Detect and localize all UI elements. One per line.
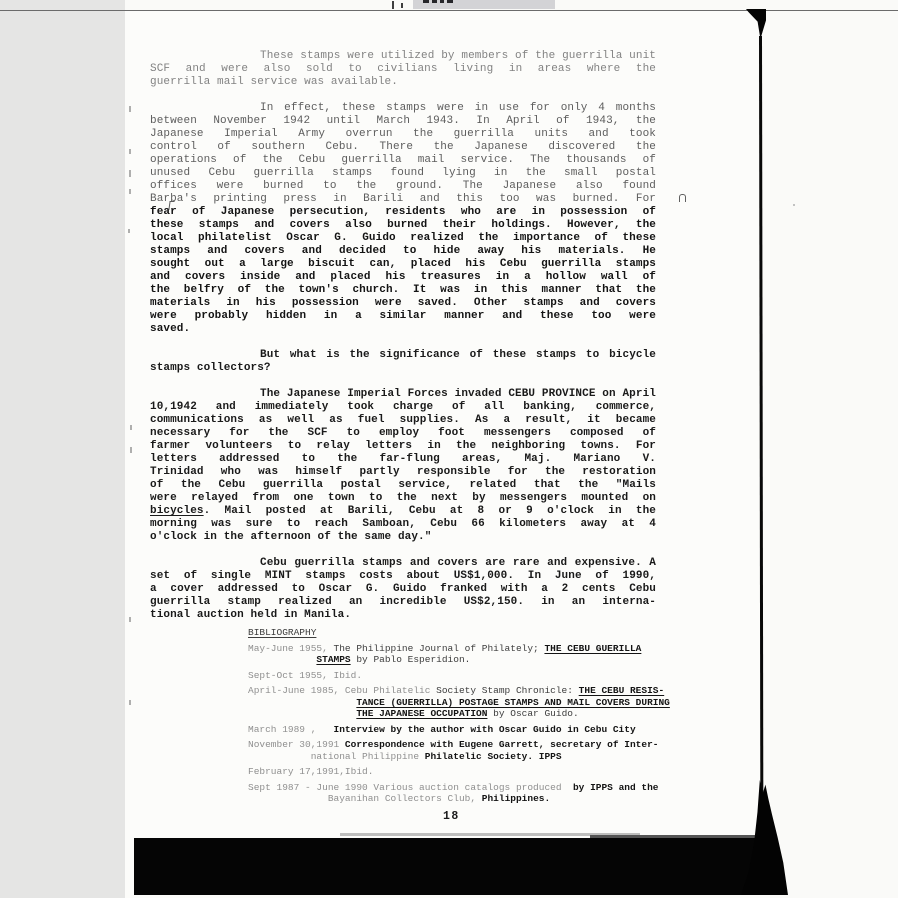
bibliography-entry: April-June 1985, Cebu Philatelic Society… <box>248 685 670 720</box>
text-line: November 30,1991 Correspondence with Eug… <box>248 739 670 751</box>
scan-artifact-bottom-band <box>134 838 762 895</box>
text-line: TANCE (GUERRILLA) POSTAGE STAMPS AND MAI… <box>248 697 670 709</box>
text-line: Cebu guerrilla stamps and covers are rar… <box>150 557 656 570</box>
bibliography-entry: March 1989 , Interview by the author wit… <box>248 724 670 736</box>
text-line: local philatelist Oscar G. Guido realize… <box>150 232 656 245</box>
scanner-bed-margin <box>0 0 125 898</box>
text-line: national Philippine Philatelic Society. … <box>248 751 670 763</box>
text-line: these stamps and covers also burned thei… <box>150 219 656 232</box>
document-body: These stamps were utilized by members of… <box>150 50 656 635</box>
text-line: between November 1942 until March 1943. … <box>150 115 656 128</box>
text-line: farmer volunteers to relay letters in th… <box>150 440 656 453</box>
text-line: fear of Japanese persecution, residents … <box>150 206 656 219</box>
text-line: and covers inside and placed his treasur… <box>150 271 656 284</box>
bibliography-entry: November 30,1991 Correspondence with Eug… <box>248 739 670 762</box>
text-line: STAMPS by Pablo Esperidion. <box>248 654 670 666</box>
text-line: February 17,1991,Ibid. <box>248 766 670 778</box>
text-line: of the Cebu guerrilla postal service, re… <box>150 479 656 492</box>
scan-speck <box>128 229 130 233</box>
text-line: March 1989 , Interview by the author wit… <box>248 724 670 736</box>
text-line: SCF and were also sold to civilians livi… <box>150 63 656 76</box>
text-line: were probably hidden in a similar manner… <box>150 310 656 323</box>
text-line: letters addressed to the far-flung areas… <box>150 453 656 466</box>
text-line: guerrilla mail service was available. <box>150 76 656 89</box>
text-line: were relayed from one town to the next b… <box>150 492 656 505</box>
text-line: stamps and covers and decided to hide aw… <box>150 245 656 258</box>
text-line: Trinidad who was himself partly responsi… <box>150 466 656 479</box>
text-line: unused Cebu guerrilla stamps found lying… <box>150 167 656 180</box>
text-line: materials in his possession were saved. … <box>150 297 656 310</box>
bibliography-section: BIBLIOGRAPHY May-June 1955, The Philippi… <box>248 627 670 809</box>
toolbar-cursor-icon <box>401 3 403 8</box>
text-line: operations of the Cebu guerrilla mail se… <box>150 154 656 167</box>
page-number: 18 <box>443 810 460 823</box>
bibliography-entry: February 17,1991,Ibid. <box>248 766 670 778</box>
bibliography-entry: May-June 1955, The Philippine Journal of… <box>248 643 670 666</box>
text-line: offices were burned to the ground. The J… <box>150 180 656 193</box>
text-line: necessary for the SCF to employ foot mes… <box>150 427 656 440</box>
scan-speck <box>129 617 131 622</box>
text-line: stamps collectors? <box>150 362 656 375</box>
text-line: Barba's printing press in Barili and thi… <box>150 193 656 206</box>
scan-speck <box>130 425 132 430</box>
paragraph: But what is the significance of these st… <box>150 349 656 375</box>
scan-speck <box>129 106 131 112</box>
text-line: Sept 1987 - June 1990 Various auction ca… <box>248 782 670 794</box>
text-line: control of southern Cebu. There the Japa… <box>150 141 656 154</box>
paragraph: The Japanese Imperial Forces invaded CEB… <box>150 388 656 544</box>
text-line: morning was sure to reach Samboan, Cebu … <box>150 518 656 531</box>
bibliography-heading: BIBLIOGRAPHY <box>248 627 670 639</box>
toolbar-cursor-icon <box>392 1 394 9</box>
toolbar-text-fragment <box>432 0 437 3</box>
text-line: tional auction held in Manila. <box>150 609 656 622</box>
bibliography-entry: Sept-Oct 1955, Ibid. <box>248 670 670 682</box>
scan-speck <box>129 170 131 177</box>
paragraph: Cebu guerrilla stamps and covers are rar… <box>150 557 656 622</box>
bibliography-entry: Sept 1987 - June 1990 Various auction ca… <box>248 782 670 805</box>
text-line: guerrilla stamp realized an incredible U… <box>150 596 656 609</box>
text-line: May-June 1955, The Philippine Journal of… <box>248 643 670 655</box>
paragraph: In effect, these stamps were in use for … <box>150 102 656 336</box>
toolbar-text-fragment <box>423 0 429 3</box>
text-line: bicycles. Mail posted at Barili, Cebu at… <box>150 505 656 518</box>
text-line: April-June 1985, Cebu Philatelic Society… <box>248 685 670 697</box>
text-line: Bayanihan Collectors Club, Philippines. <box>248 793 670 805</box>
text-line: Sept-Oct 1955, Ibid. <box>248 670 670 682</box>
scan-speck <box>129 189 131 194</box>
text-line: set of single MINT stamps costs about US… <box>150 570 656 583</box>
bibliography-entries: May-June 1955, The Philippine Journal of… <box>248 643 670 805</box>
text-line: 10,1942 and immediately took charge of a… <box>150 401 656 414</box>
scan-speck <box>679 194 686 202</box>
text-line: These stamps were utilized by members of… <box>150 50 656 63</box>
scan-speck <box>130 447 132 453</box>
text-line: sought out a large biscuit can, placed h… <box>150 258 656 271</box>
text-line: o'clock in the afternoon of the same day… <box>150 531 656 544</box>
toolbar-dropdown-fragment[interactable] <box>413 0 555 9</box>
scan-speck <box>129 700 131 705</box>
text-line: the belfry of the town's church. It was … <box>150 284 656 297</box>
toolbar-text-fragment <box>447 0 453 3</box>
scanned-document-viewer: These stamps were utilized by members of… <box>0 0 898 898</box>
scan-speck <box>793 204 795 206</box>
text-line: But what is the significance of these st… <box>150 349 656 362</box>
toolbar-text-fragment <box>440 0 444 3</box>
text-line: a cover addressed to Oscar G. Guido fran… <box>150 583 656 596</box>
text-line: communications as well as fuel supplies.… <box>150 414 656 427</box>
text-line: saved. <box>150 323 656 336</box>
text-line: THE JAPANESE OCCUPATION by Oscar Guido. <box>248 708 670 720</box>
scan-speck <box>129 149 131 154</box>
paragraph: These stamps were utilized by members of… <box>150 50 656 89</box>
text-line: The Japanese Imperial Forces invaded CEB… <box>150 388 656 401</box>
text-line: Japanese Imperial Army overrun the guerr… <box>150 128 656 141</box>
text-line: In effect, these stamps were in use for … <box>150 102 656 115</box>
